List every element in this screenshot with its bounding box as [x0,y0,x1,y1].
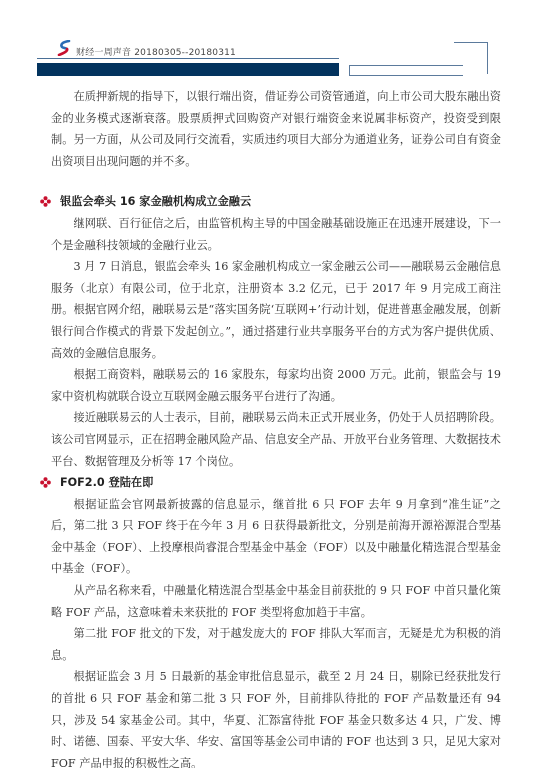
section-heading: FOF2.0 登陆在即 [40,472,501,494]
body-paragraph: 第二批 FOF 批文的下发，对于越发庞大的 FOF 排队大军而言，无疑是尤为积极… [51,623,501,666]
section-heading: 银监会牵头 16 家金融机构成立金融云 [40,191,501,213]
body-paragraph: 根据工商资料，融联易云的 16 家股东，每家均出资 2000 万元。此前，银监会… [51,364,501,407]
spacer [51,172,501,191]
header-title: 财经一周声音 20180305--20180311 [76,45,236,58]
section-heading-text: 银监会牵头 16 家金融机构成立金融云 [60,195,251,208]
publisher-logo-icon [57,40,71,56]
body-paragraph: 根据证监会官网最新披露的信息显示，继首批 6 只 FOF 去年 9 月拿到“准生… [51,494,501,580]
header-bar [37,63,339,76]
document-body: 在质押新规的指导下，以银行端出资，借证券公司资管通道，向上市公司大股东融出资金的… [51,86,501,768]
diamond-bullet-icon [40,196,51,207]
page-header: 财经一周声音 20180305--20180311 [0,0,543,80]
body-paragraph: 从产品名称来看，中融量化精选混合型基金中基金目前获批的 9 只 FOF 中首只量… [51,580,501,623]
header-rule [37,58,339,59]
body-paragraph: 在质押新规的指导下，以银行端出资，借证券公司资管通道，向上市公司大股东融出资金的… [51,86,501,172]
section-heading-text: FOF2.0 登陆在即 [60,476,153,489]
header-decor-bracket-bottom [349,65,463,76]
page-number: 7 [0,715,543,725]
body-paragraph: 3 月 7 日消息，银监会牵头 16 家金融机构成立一家金融云公司——融联易云金… [51,256,501,364]
body-paragraph: 继网联、百行征信之后，由监管机构主导的中国金融基础设施正在迅速开展建设，下一个是… [51,213,501,256]
body-paragraph: 接近融联易云的人士表示，目前，融联易云尚未正式开展业务，仍处于人员招聘阶段。该公… [51,407,501,472]
diamond-bullet-icon [40,477,51,488]
